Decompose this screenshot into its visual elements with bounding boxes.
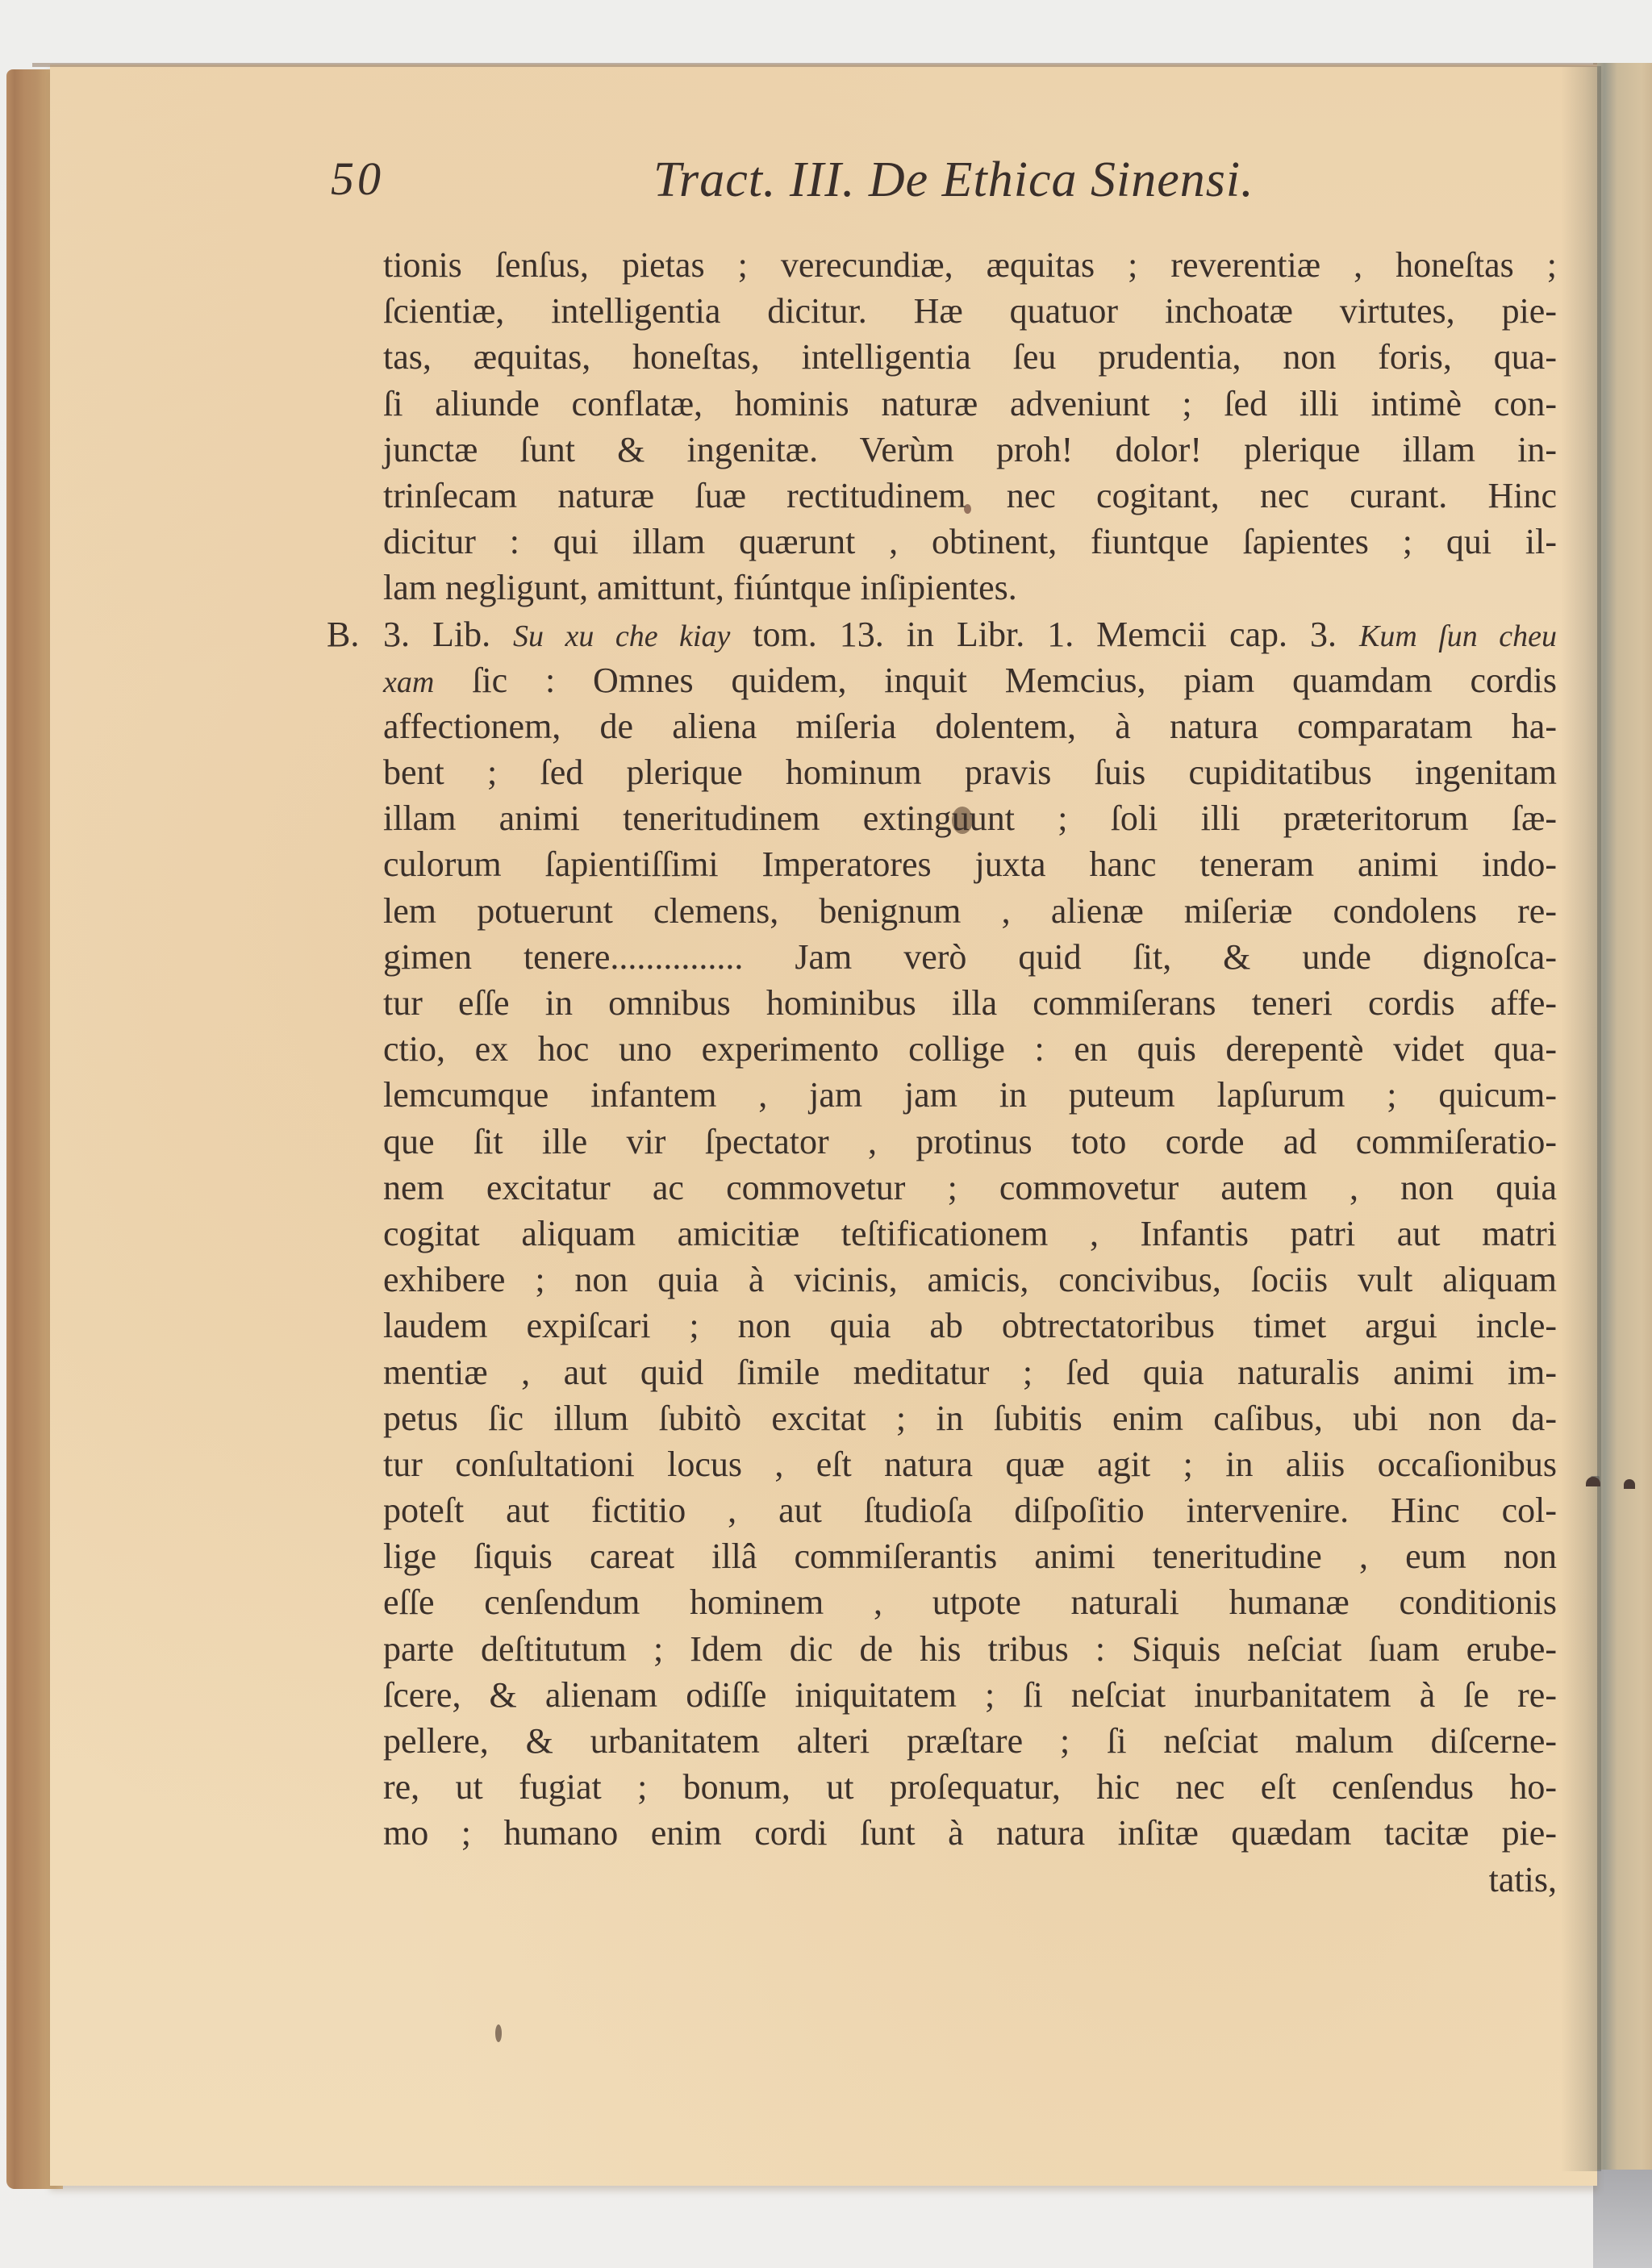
gutter-shadow — [1561, 66, 1601, 2171]
text-line: culorum ſapientiſſimi Imperatores juxta … — [383, 841, 1557, 887]
text-line: poteſt aut fictitio , aut ſtudioſa diſpo… — [383, 1487, 1557, 1533]
paragraph-b-first-line: B. 3. Lib. Su xu che kiay tom. 13. in Li… — [383, 611, 1557, 657]
text-line: ſcientiæ, intelligentia dicitur. Hæ quat… — [383, 288, 1557, 334]
text-line: que ſit ille vir ſpectator , protinus to… — [383, 1119, 1557, 1165]
text-line: mentiæ , aut quid ſimile meditatur ; ſed… — [383, 1349, 1557, 1395]
citation-lib: 3. Lib. — [383, 615, 490, 654]
text-line: affectionem, de aliena miſeria dolentem,… — [383, 703, 1557, 749]
text-line: nem excitatur ac commovetur ; commovetur… — [383, 1165, 1557, 1211]
paragraph-b-second-line: xam ſic : Omnes quidem, inquit Memcius, … — [383, 657, 1557, 703]
page-top-edge — [32, 63, 1597, 67]
text-line: exhibere ; non quia à vicinis, amicis, c… — [383, 1257, 1557, 1303]
running-head: 50 Tract. III. De Ethica Sinensi. — [0, 152, 1652, 216]
text-line: ſcere, & alienam odiſſe iniquitatem ; ſi… — [383, 1672, 1557, 1718]
text-line: lemcumque infantem , jam jam in puteum l… — [383, 1072, 1557, 1118]
text-line: ſi aliunde conflatæ, hominis naturæ adve… — [383, 381, 1557, 427]
text-line: pellere, & urbanitatem alteri præſtare ;… — [383, 1718, 1557, 1764]
adjacent-page-strip — [1593, 63, 1652, 2170]
text-line: lem potuerunt clemens, benignum , alienæ… — [383, 888, 1557, 934]
tab-mark — [1624, 1479, 1635, 1489]
text-line: tur eſſe in omnibus hominibus illa commi… — [383, 980, 1557, 1026]
page-number: 50 — [331, 152, 384, 206]
catchword: tatis, — [383, 1857, 1557, 1903]
text-line: cogitat aliquam amicitiæ teſtificationem… — [383, 1211, 1557, 1257]
text-line: tur conſultationi locus , eſt natura quæ… — [383, 1441, 1557, 1487]
running-title: Tract. III. De Ethica Sinensi. — [653, 152, 1254, 209]
text-line: tas, æquitas, honeſtas, intelligentia ſe… — [383, 334, 1557, 380]
text-line: laudem expiſcari ; non quia ab obtrectat… — [383, 1303, 1557, 1349]
text-line: eſſe cenſendum hominem , utpote naturali… — [383, 1579, 1557, 1625]
text-line: lige ſiquis careat illâ commiſerantis an… — [383, 1533, 1557, 1579]
text-line: dicitur : qui illam quærunt , obtinent, … — [383, 519, 1557, 565]
body-text: tionis ſenſus, pietas ; verecundiæ, æqui… — [383, 242, 1557, 1903]
text-line: gimen tenere............... Jam verò qui… — [383, 934, 1557, 980]
text-line: bent ; ſed plerique hominum pravis ſuis … — [383, 749, 1557, 795]
adjacent-page-shadow — [1593, 2170, 1652, 2268]
italic-word: xam — [383, 665, 434, 699]
citation-mid: tom. 13. in Libr. 1. Memcii cap. 3. — [753, 615, 1337, 654]
text-line: ctio, ex hoc uno experimento collige : e… — [383, 1026, 1557, 1072]
text-line: tionis ſenſus, pietas ; verecundiæ, æqui… — [383, 242, 1557, 288]
text-line: parte deſtitutum ; Idem dic de his tribu… — [383, 1626, 1557, 1672]
text-line: lam negligunt, amittunt, fiúntque inſipi… — [383, 565, 1557, 611]
italic-title: Su xu che kiay — [513, 619, 730, 653]
italic-chapter-title: Kum ſun cheu — [1359, 619, 1557, 653]
tab-mark — [1586, 1477, 1600, 1486]
text-line: trinſecam naturæ ſuæ rectitudinem nec co… — [383, 473, 1557, 519]
text-line: petus ſic illum ſubitò excitat ; in ſubi… — [383, 1395, 1557, 1441]
text-line: illam animi teneritudinem extinguunt ; ſ… — [383, 795, 1557, 841]
text-line: junctæ ſunt & ingenitæ. Verùm proh! dolo… — [383, 427, 1557, 473]
line-rest: ſic : Omnes quidem, inquit Memcius, piam… — [472, 661, 1557, 700]
text-line: mo ; humano enim cordi ſunt à natura inſ… — [383, 1810, 1557, 1856]
ink-speck — [495, 2024, 502, 2042]
marginal-label-b: B. — [327, 611, 359, 657]
text-line: re, ut fugiat ; bonum, ut proſequatur, h… — [383, 1764, 1557, 1810]
